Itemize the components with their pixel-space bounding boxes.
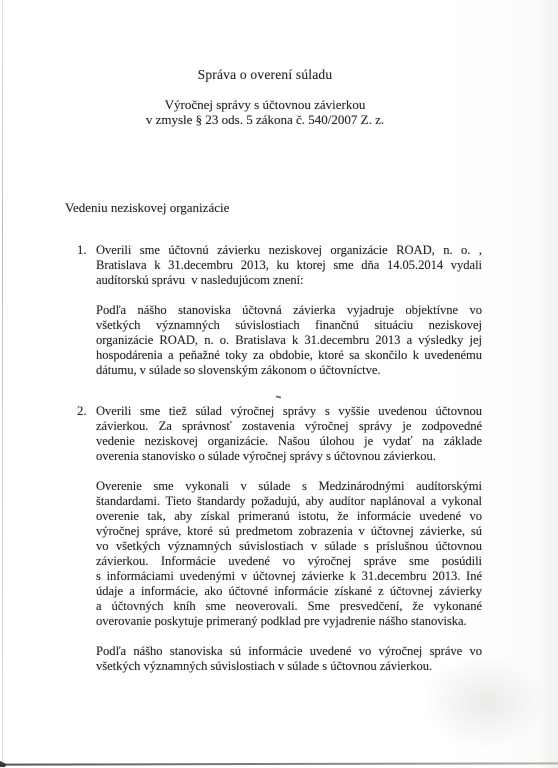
text-line: Overili sme tiež súlad výročnej správy s… (96, 404, 482, 419)
scan-smudge-right (536, 0, 558, 768)
text-line: štandardami. Tieto štandardy požadujú, a… (96, 494, 482, 509)
text-line: Overenie sme vykonali v súlade s Medziná… (96, 479, 482, 494)
scan-corner-mark (0, 761, 7, 767)
text-line: vedenie neziskovej organizácie. Našou úl… (96, 434, 482, 449)
text-line: všetkých významných súvislostiach finanč… (96, 318, 482, 333)
text-line: overovanie poskytuje primeraný podklad p… (96, 614, 482, 629)
paragraph: Podľa nášho stanoviska účtovná závierka … (96, 303, 482, 378)
text-line: overenie tak, aby získal primeranú istot… (96, 509, 482, 524)
text-line: a účtovných kníh sme neoverovali. Sme pr… (96, 599, 482, 614)
scan-smudge-bottom-right (420, 655, 550, 750)
text-line: závierkou. Informácie uvedené vo výročne… (96, 554, 482, 569)
text-line: vo všetkých významných súvislostiach v s… (96, 539, 482, 554)
document-subtitle: Výročnej správy s účtovnou závierkou v z… (0, 97, 530, 127)
text-line: dátumu, v súlade so slovenským zákonom o… (96, 363, 482, 378)
scanned-document-page: Správa o overení súladu Výročnej správy … (0, 0, 558, 768)
document-subtitle-line-1: Výročnej správy s účtovnou závierkou (0, 97, 530, 112)
text-line: overenia stanovisko o súlade výročnej sp… (96, 449, 482, 464)
item-body: Overili sme tiež súlad výročnej správy s… (96, 404, 482, 674)
list-item-1: 1. Overili sme účtovnú závierku neziskov… (77, 243, 558, 378)
document-title: Správa o overení súladu (0, 67, 530, 82)
text-line: Overili sme účtovnú závierku neziskovej … (96, 243, 482, 258)
text-line: výročnej správe, ktoré sú predmetom zobr… (96, 524, 482, 539)
text-line: s informáciami uvedenými v účtovnej závi… (96, 569, 482, 584)
text-line: údaje a informácie, ako účtovné informác… (96, 584, 482, 599)
text-line: závierkou. Za správnosť zostavenia výroč… (96, 419, 482, 434)
scan-stray-mark (276, 396, 281, 399)
text-line: Podľa nášho stanoviska účtovná závierka … (96, 303, 482, 318)
paragraph: Overili sme účtovnú závierku neziskovej … (96, 243, 482, 288)
document-header: Správa o overení súladu Výročnej správy … (0, 0, 530, 127)
text-line: hospodárenia a peňažné toky za obdobie, … (96, 348, 482, 363)
scan-left-edge-line (2, 0, 3, 768)
text-line: organizácie ROAD, n. o. Bratislava k 31.… (96, 333, 482, 348)
item-number: 1. (77, 243, 96, 378)
paragraph: Overili sme tiež súlad výročnej správy s… (96, 404, 482, 464)
salutation: Vedeniu neziskovej organizácie (65, 200, 558, 215)
item-number: 2. (77, 404, 96, 674)
paragraph: Overenie sme vykonali v súlade s Medziná… (96, 479, 482, 629)
document-subtitle-line-2: v zmysle § 23 ods. 5 zákona č. 540/2007 … (0, 112, 530, 127)
scan-bottom-edge-line (0, 762, 558, 765)
text-line: audítorskú správu v nasledujúcom znení: (96, 273, 482, 288)
text-line: Bratislava k 31.decembru 2013, ku ktorej… (96, 258, 482, 273)
item-body: Overili sme účtovnú závierku neziskovej … (96, 243, 482, 378)
list-item-2: 2. Overili sme tiež súlad výročnej správ… (77, 404, 558, 674)
